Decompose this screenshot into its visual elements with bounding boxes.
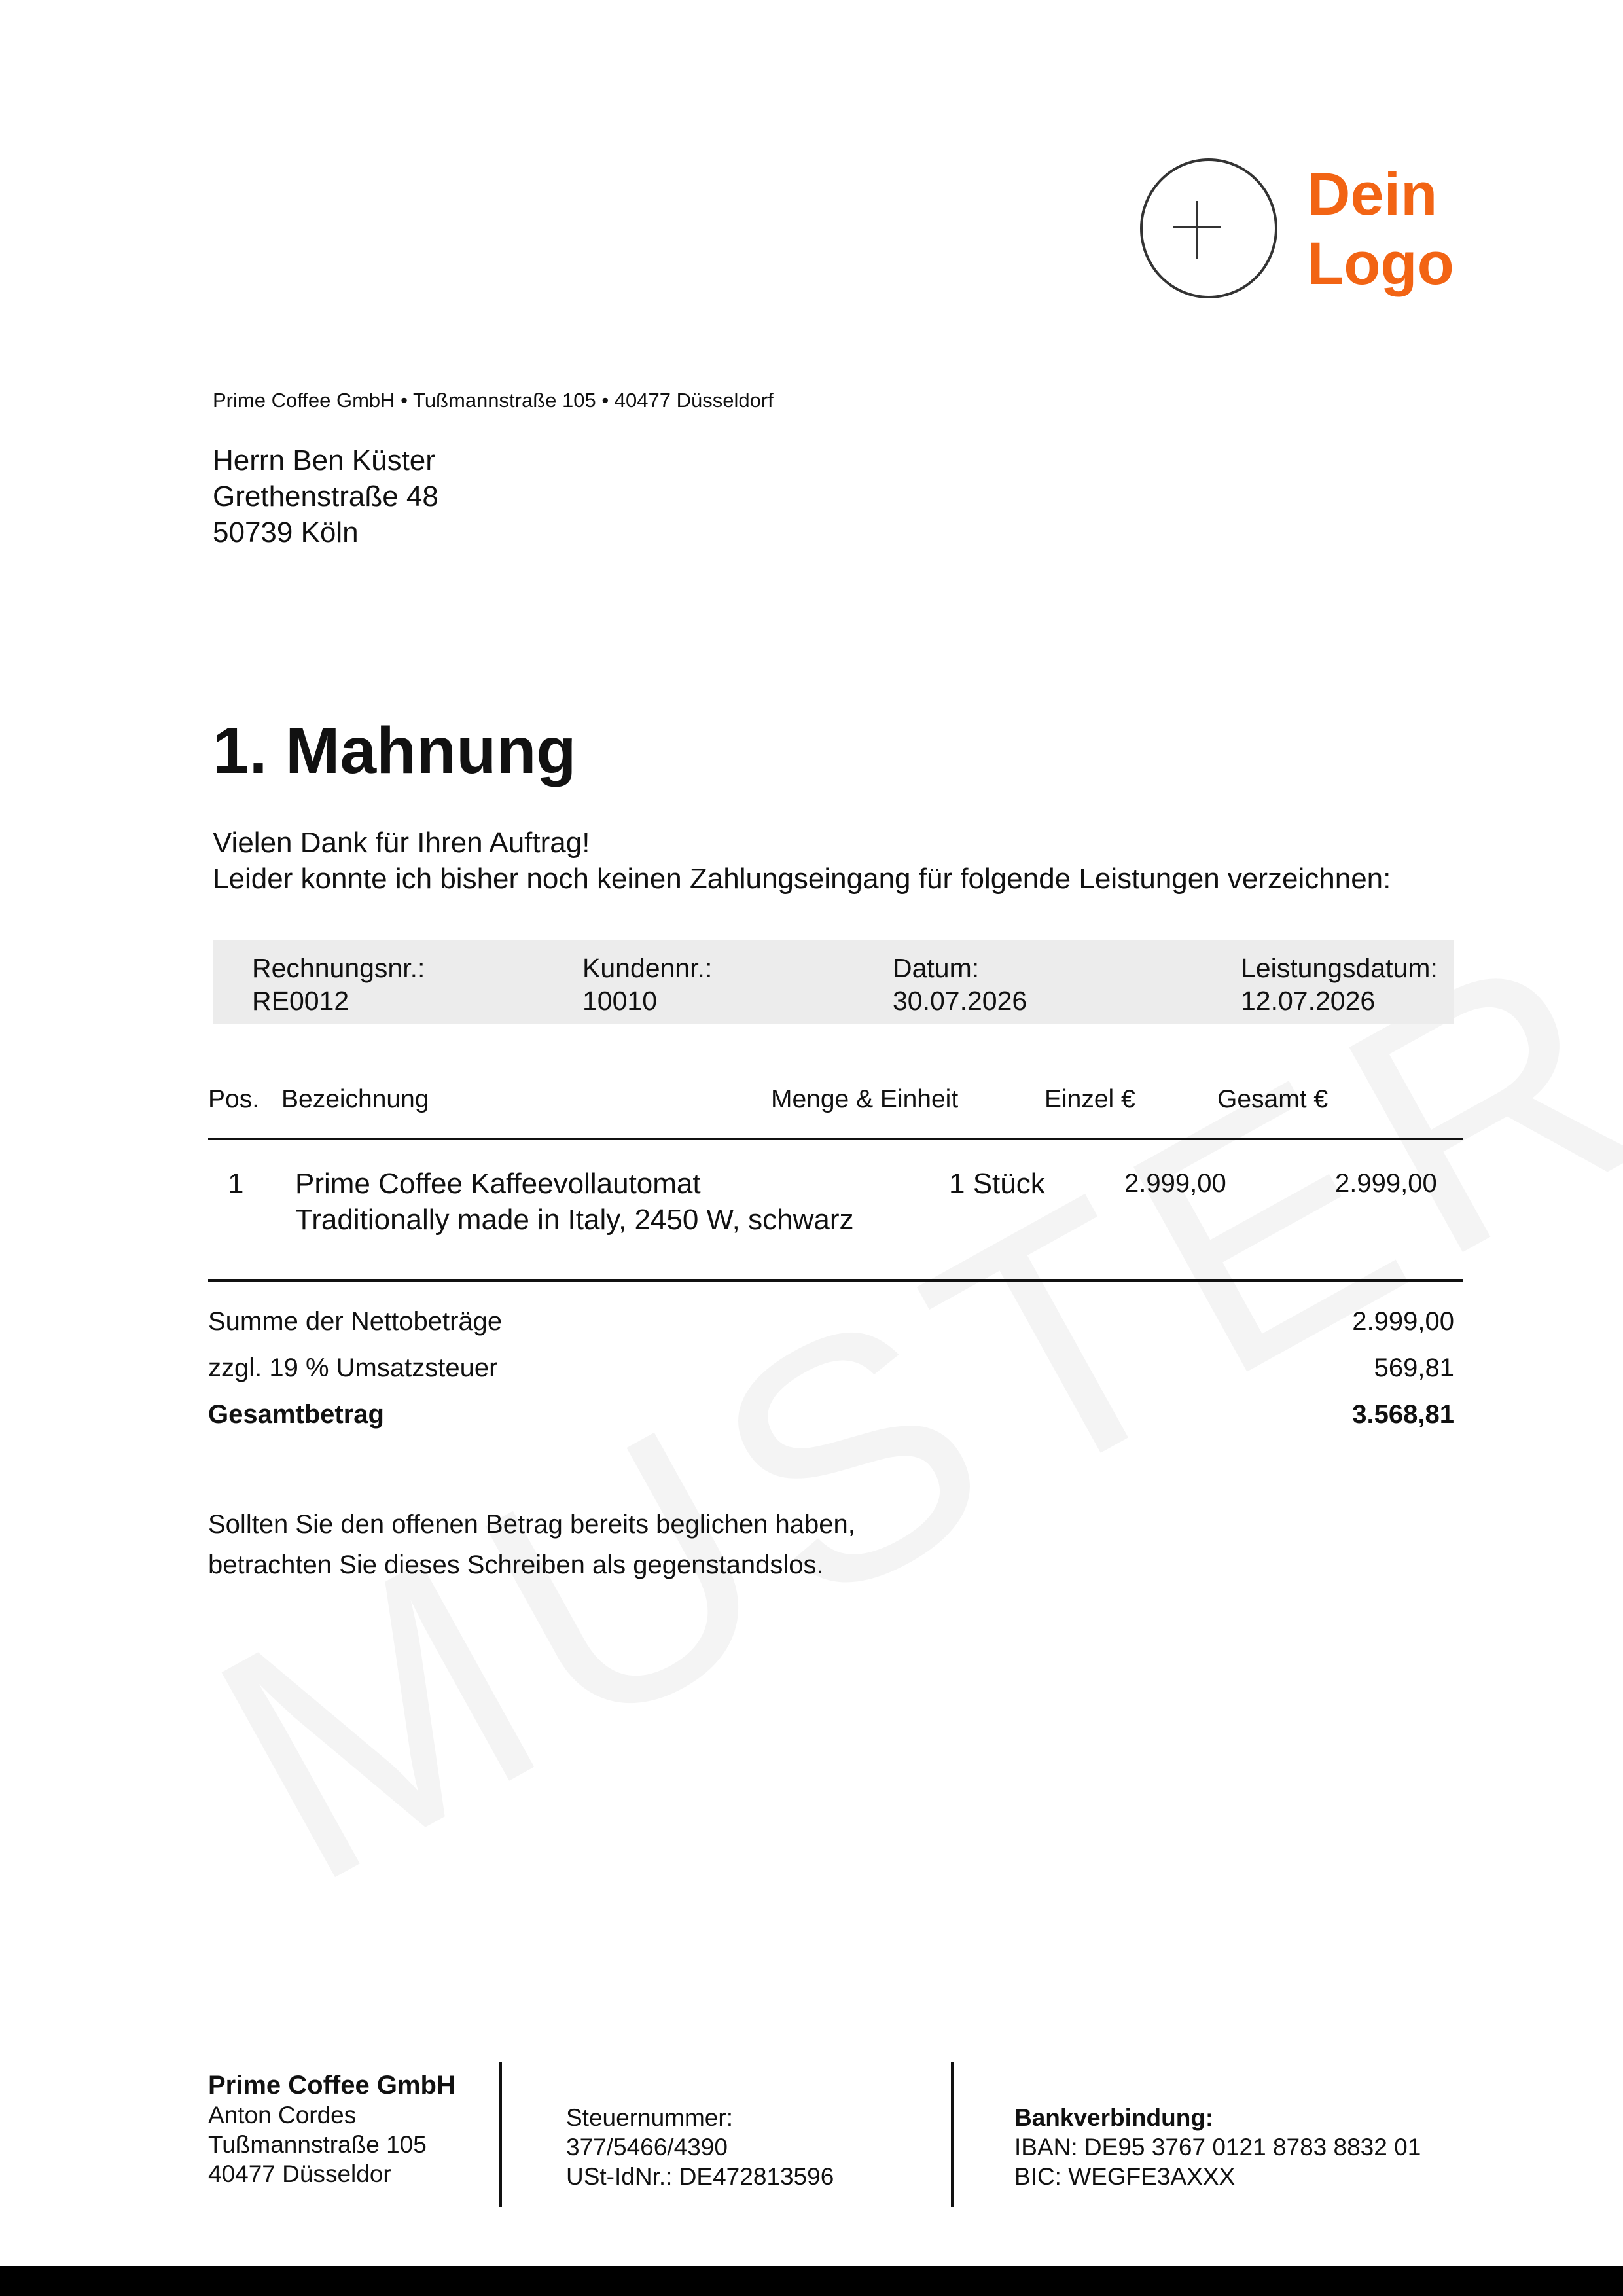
info-service-date: Leistungsdatum: 12.07.2026 bbox=[1241, 952, 1438, 1017]
column-header-quantity: Menge & Einheit bbox=[771, 1085, 958, 1114]
footer-bank-label: Bankverbindung: bbox=[1014, 2103, 1421, 2132]
watermark: MUSTER bbox=[159, 919, 1608, 1960]
closing-line-1: Sollten Sie den offenen Betrag bereits b… bbox=[208, 1504, 855, 1545]
footer-divider bbox=[951, 2062, 954, 2207]
table-footer-divider bbox=[208, 1279, 1463, 1282]
footer-tax: Steuernummer: 377/5466/4390 USt-IdNr.: D… bbox=[566, 2103, 834, 2191]
info-label: Rechnungsnr.: bbox=[252, 952, 425, 984]
column-header-pos: Pos. bbox=[208, 1085, 259, 1114]
recipient-address: Herrn Ben Küster Grethenstraße 48 50739 … bbox=[213, 442, 438, 550]
row-description: Traditionally made in Italy, 2450 W, sch… bbox=[295, 1202, 853, 1238]
tax-value: 569,81 bbox=[1374, 1354, 1454, 1383]
invoice-info-box: Rechnungsnr.: RE0012 Kundennr.: 10010 Da… bbox=[213, 940, 1454, 1024]
footer-contact: Anton Cordes bbox=[208, 2100, 455, 2130]
net-total-label: Summe der Nettobeträge bbox=[208, 1307, 502, 1336]
row-quantity: 1 Stück bbox=[949, 1166, 1045, 1202]
footer-company-name: Prime Coffee GmbH bbox=[208, 2071, 455, 2100]
footer-tax-label: Steuernummer: bbox=[566, 2103, 834, 2132]
plus-icon-vertical bbox=[1196, 201, 1198, 259]
info-value: 10010 bbox=[582, 984, 712, 1017]
footer-tax-number: 377/5466/4390 bbox=[566, 2132, 834, 2162]
logo-line-2: Logo bbox=[1307, 229, 1454, 298]
closing-line-2: betrachten Sie dieses Schreiben als gege… bbox=[208, 1545, 855, 1585]
table-header-divider bbox=[208, 1138, 1463, 1140]
bottom-bar bbox=[0, 2266, 1623, 2296]
footer-divider bbox=[499, 2062, 502, 2207]
row-total: 2.999,00 bbox=[1335, 1166, 1437, 1202]
document-title: 1. Mahnung bbox=[213, 713, 577, 789]
info-date: Datum: 30.07.2026 bbox=[893, 952, 1027, 1017]
info-value: 12.07.2026 bbox=[1241, 984, 1438, 1017]
intro-line-1: Vielen Dank für Ihren Auftrag! bbox=[213, 825, 1391, 861]
footer-street: Tußmannstraße 105 bbox=[208, 2130, 455, 2159]
footer-bank: Bankverbindung: IBAN: DE95 3767 0121 878… bbox=[1014, 2103, 1421, 2191]
info-label: Datum: bbox=[893, 952, 1027, 984]
logo-line-1: Dein bbox=[1307, 160, 1454, 229]
logo-text: Dein Logo bbox=[1307, 160, 1454, 298]
row-unit-price: 2.999,00 bbox=[1124, 1166, 1226, 1202]
footer-company: Prime Coffee GmbH Anton Cordes Tußmannst… bbox=[208, 2071, 455, 2189]
column-header-description: Bezeichnung bbox=[281, 1085, 429, 1114]
gross-total-label: Gesamtbetrag bbox=[208, 1400, 384, 1429]
tax-label: zzgl. 19 % Umsatzsteuer bbox=[208, 1354, 497, 1383]
sender-address-line: Prime Coffee GmbH • Tußmannstraße 105 • … bbox=[213, 389, 774, 412]
intro-text: Vielen Dank für Ihren Auftrag! Leider ko… bbox=[213, 825, 1391, 897]
plus-circle-icon bbox=[1140, 158, 1277, 298]
column-header-unit-price: Einzel € bbox=[1044, 1085, 1135, 1114]
intro-line-2: Leider konnte ich bisher noch keinen Zah… bbox=[213, 861, 1391, 897]
gross-total-value: 3.568,81 bbox=[1352, 1400, 1454, 1429]
info-label: Leistungsdatum: bbox=[1241, 952, 1438, 984]
column-header-total: Gesamt € bbox=[1217, 1085, 1328, 1114]
info-invoice-number: Rechnungsnr.: RE0012 bbox=[252, 952, 425, 1017]
row-name: Prime Coffee Kaffeevollautomat bbox=[295, 1166, 701, 1202]
info-value: RE0012 bbox=[252, 984, 425, 1017]
recipient-name: Herrn Ben Küster bbox=[213, 442, 438, 478]
info-customer-number: Kundennr.: 10010 bbox=[582, 952, 712, 1017]
closing-text: Sollten Sie den offenen Betrag bereits b… bbox=[208, 1504, 855, 1585]
info-value: 30.07.2026 bbox=[893, 984, 1027, 1017]
footer-bic: BIC: WEGFE3AXXX bbox=[1014, 2162, 1421, 2191]
net-total-value: 2.999,00 bbox=[1352, 1307, 1454, 1336]
recipient-street: Grethenstraße 48 bbox=[213, 478, 438, 514]
recipient-city: 50739 Köln bbox=[213, 514, 438, 550]
info-label: Kundennr.: bbox=[582, 952, 712, 984]
footer-city: 40477 Düsseldor bbox=[208, 2159, 455, 2189]
footer-iban: IBAN: DE95 3767 0121 8783 8832 01 bbox=[1014, 2132, 1421, 2162]
row-pos: 1 bbox=[228, 1166, 243, 1202]
footer-vat-id: USt-IdNr.: DE472813596 bbox=[566, 2162, 834, 2191]
